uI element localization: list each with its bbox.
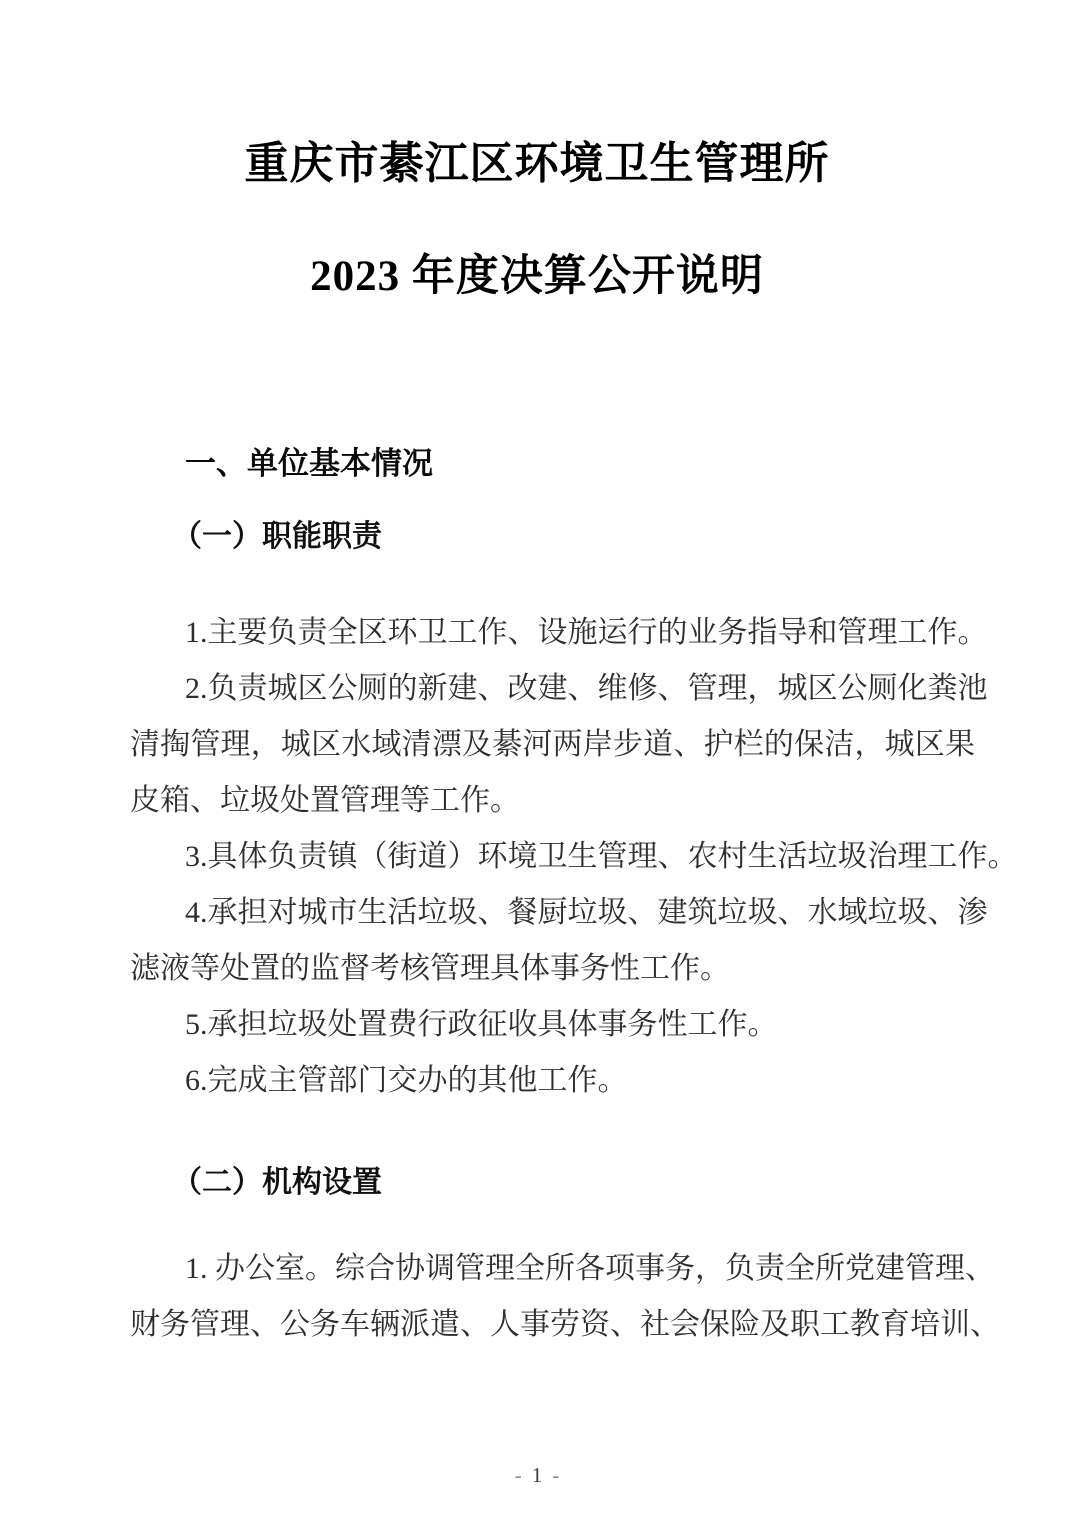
text-line: 清掏管理，城区水域清漂及綦河两岸步道、护栏的保洁，城区果 <box>130 717 975 773</box>
subsection-heading-org-structure: （二）机构设置 <box>172 1166 975 1200</box>
org-paragraphs: 1. 办公室。综合协调管理全所各项事务，负责全所党建管理、 财务管理、公务车辆派… <box>130 1241 975 1353</box>
duties-paragraphs: 1.主要负责全区环卫工作、设施运行的业务指导和管理工作。 2.负责城区公厕的新建… <box>130 605 975 1109</box>
paragraph-duty-2: 2.负责城区公厕的新建、改建、维修、管理，城区公厕化粪池 清掏管理，城区水域清漂… <box>130 661 975 829</box>
text-line: 滤液等处置的监督考核管理具体事务性工作。 <box>130 941 975 997</box>
text-line: 4.承担对城市生活垃圾、餐厨垃圾、建筑垃圾、水域垃圾、渗 <box>130 885 975 941</box>
page-number: 1 <box>532 1463 543 1487</box>
text-line: 5.承担垃圾处置费行政征收具体事务性工作。 <box>130 997 975 1053</box>
section-heading-basic-info: 一、单位基本情况 <box>185 447 975 480</box>
document-page: 重庆市綦江区环境卫生管理所 2023 年度决算公开说明 一、单位基本情况 （一）… <box>0 0 1074 1520</box>
text-line: 皮箱、垃圾处置管理等工作。 <box>130 773 975 829</box>
document-title: 重庆市綦江区环境卫生管理所 <box>0 0 1074 186</box>
paragraph-org-1: 1. 办公室。综合协调管理全所各项事务，负责全所党建管理、 财务管理、公务车辆派… <box>130 1241 975 1353</box>
paragraph-duty-5: 5.承担垃圾处置费行政征收具体事务性工作。 <box>130 997 975 1053</box>
text-line: 3.具体负责镇（街道）环境卫生管理、农村生活垃圾治理工作。 <box>130 829 975 885</box>
paragraph-duty-3: 3.具体负责镇（街道）环境卫生管理、农村生活垃圾治理工作。 <box>130 829 975 885</box>
subsection-heading-duties: （一）职能职责 <box>172 520 975 554</box>
page-footer: -1- <box>0 1462 1074 1488</box>
footer-dash-left: - <box>515 1463 522 1487</box>
footer-dash-right: - <box>552 1463 559 1487</box>
text-line: 财务管理、公务车辆派遣、人事劳资、社会保险及职工教育培训、 <box>130 1297 975 1353</box>
text-line: 6.完成主管部门交办的其他工作。 <box>130 1053 975 1109</box>
text-line: 1.主要负责全区环卫工作、设施运行的业务指导和管理工作。 <box>130 605 975 661</box>
text-line: 2.负责城区公厕的新建、改建、维修、管理，城区公厕化粪池 <box>130 661 975 717</box>
text-line: 1. 办公室。综合协调管理全所各项事务，负责全所党建管理、 <box>130 1241 975 1297</box>
paragraph-duty-1: 1.主要负责全区环卫工作、设施运行的业务指导和管理工作。 <box>130 605 975 661</box>
document-body: 一、单位基本情况 （一）职能职责 1.主要负责全区环卫工作、设施运行的业务指导和… <box>130 447 975 1353</box>
paragraph-duty-4: 4.承担对城市生活垃圾、餐厨垃圾、建筑垃圾、水域垃圾、渗 滤液等处置的监督考核管… <box>130 885 975 997</box>
paragraph-duty-6: 6.完成主管部门交办的其他工作。 <box>130 1053 975 1109</box>
document-subtitle: 2023 年度决算公开说明 <box>0 255 1074 299</box>
